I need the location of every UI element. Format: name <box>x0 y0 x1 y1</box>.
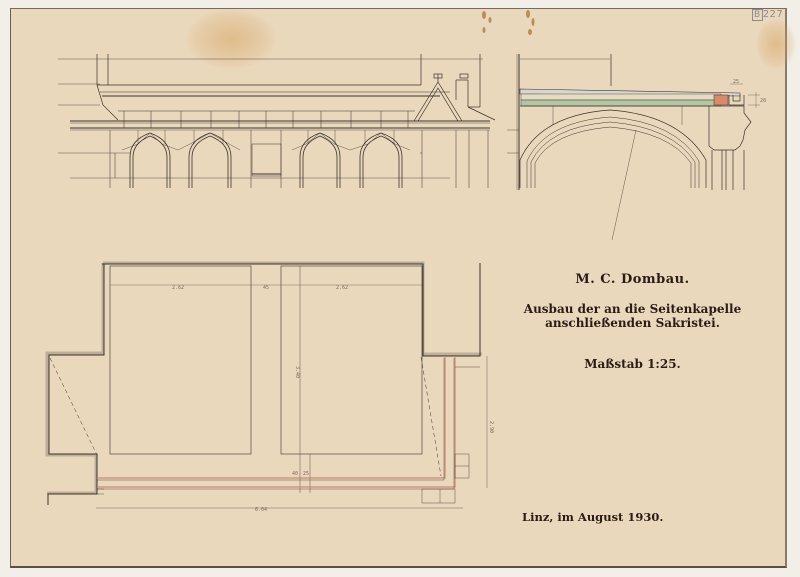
svg-text:6.04: 6.04 <box>255 507 267 513</box>
elevation-view <box>58 54 495 188</box>
description-line-1: Ausbau der an die Seitenkapelle <box>505 302 760 316</box>
svg-text:3.40: 3.40 <box>294 366 300 378</box>
project-description: Ausbau der an die Seitenkapelle anschlie… <box>505 302 760 330</box>
architectural-drawing: 20 25 2.62 45 2.62 6.0 <box>0 0 800 577</box>
svg-text:25: 25 <box>733 79 739 85</box>
svg-text:2.62: 2.62 <box>336 285 348 291</box>
section-view: 20 25 <box>507 54 766 240</box>
svg-text:2.90: 2.90 <box>488 421 494 433</box>
svg-text:45: 45 <box>263 285 269 291</box>
place-date: Linz, im August 1930. <box>522 510 663 524</box>
description-line-2: anschließenden Sakristei. <box>505 316 760 330</box>
voussoirs <box>122 130 410 150</box>
organization-title: M. C. Dombau. <box>505 272 760 287</box>
pointed-arches <box>130 133 402 188</box>
svg-text:25: 25 <box>303 471 309 477</box>
svg-text:2.62: 2.62 <box>172 285 184 291</box>
svg-text:40: 40 <box>292 471 298 477</box>
ink-spots <box>482 10 535 35</box>
plan-view: 2.62 45 2.62 6.04 3.40 2.90 40 25 <box>47 263 494 513</box>
gable-dormer <box>414 54 495 121</box>
svg-text:20: 20 <box>760 98 766 104</box>
scale-label: Maßstab 1:25. <box>505 357 760 371</box>
